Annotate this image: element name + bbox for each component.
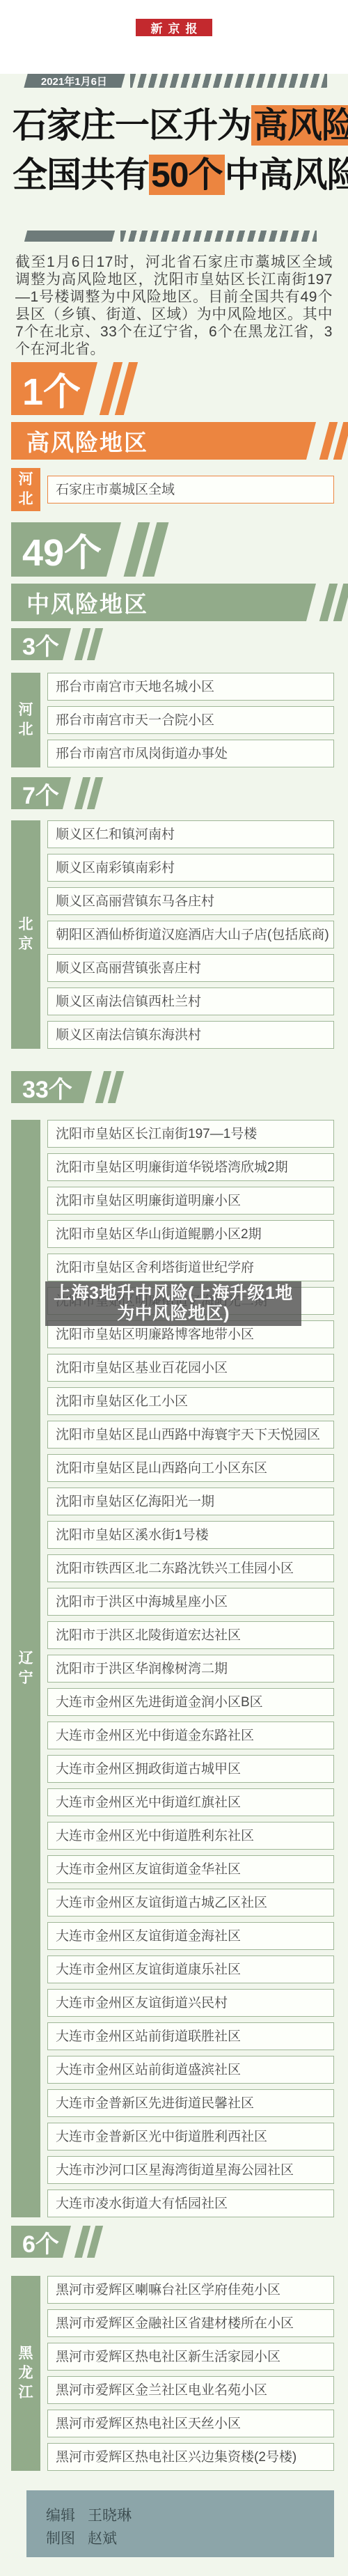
list-item: 大连市金普新区先进街道民馨社区 — [47, 2089, 334, 2117]
editor-name: 王晓琳 — [88, 2504, 132, 2527]
headline-line2-text-after: 中高风险地区 — [225, 155, 348, 194]
designer-name: 赵斌 — [88, 2527, 117, 2550]
banner-slashes-decoration — [314, 584, 348, 621]
list-item: 大连市凌水街道大有恬园社区 — [47, 2189, 334, 2217]
hebei-count-badge: 3个 — [11, 628, 348, 660]
date-text: 2021年1月6日 — [41, 74, 107, 88]
medium-risk-group-beijing: 北京 顺义区仁和镇河南村顺义区南彩镇南彩村顺义区高丽营镇东马各庄村朝阳区酒仙桥街… — [11, 820, 334, 1049]
heilongjiang-count-badge: 6个 — [11, 2226, 348, 2258]
list-item: 顺义区仁和镇河南村 — [47, 820, 334, 848]
headline-line2-text: 全国共有 — [13, 155, 149, 194]
medium-risk-count-text: 49个 — [11, 522, 121, 577]
high-risk-banner-text: 高风险地区 — [11, 422, 316, 460]
credit-editor: 编辑 王晓琳 — [46, 2504, 334, 2527]
medium-risk-banner: 中风险地区 — [11, 584, 348, 621]
medium-risk-count-badge: 49个 — [11, 522, 348, 577]
list-item: 大连市金州区友谊街道兴民村 — [47, 1989, 334, 2017]
province-label-text: 河北 — [17, 701, 34, 740]
list-item: 黑河市爱辉区热电社区天丝小区 — [47, 2410, 334, 2437]
list-item: 大连市金州区友谊街道古城乙区社区 — [47, 1889, 334, 1917]
date-bar: 2021年1月6日 — [26, 74, 327, 88]
badge-slashes-decoration — [117, 522, 169, 577]
designer-label: 制图 — [46, 2527, 75, 2550]
province-label: 北京 — [11, 820, 40, 1049]
high-risk-count-text: 1个 — [11, 362, 97, 415]
list-item: 沈阳市皇姑区昆山西路向工小区东区 — [47, 1454, 334, 1482]
high-risk-count-badge: 1个 — [11, 362, 348, 415]
area-list: 黑河市爱辉区喇嘛台社区学府佳苑小区黑河市爱辉区金融社区省建材楼所在小区黑河市爱辉… — [47, 2276, 334, 2471]
intro-paragraph: 截至1月6日17时，河北省石家庄市藁城区全域调整为高风险地区，沈阳市皇姑区长江南… — [15, 253, 333, 358]
badge-slashes-decoration — [70, 628, 103, 660]
list-item: 沈阳市皇姑区明廉街道华锐塔湾欣城2期 — [47, 1153, 334, 1181]
list-item: 大连市金州区先进街道金润小区B区 — [47, 1688, 334, 1716]
list-item: 黑河市爱辉区金兰社区电业名苑小区 — [47, 2376, 334, 2404]
divider-bar — [26, 231, 317, 242]
divider-stripes-decoration — [120, 231, 317, 242]
list-item: 大连市金州区光中街道胜利东社区 — [47, 1822, 334, 1850]
headline-line2: 全国共有50个中高风险地区 — [13, 150, 338, 200]
area-list: 邢台市南宫市天地名城小区邢台市南宫市天一合院小区邢台市南宫市凤岗街道办事处 — [47, 673, 334, 767]
banner-slashes-decoration — [314, 422, 348, 460]
list-item: 大连市沙河口区星海湾街道星海公园社区 — [47, 2156, 334, 2184]
high-risk-group-hebei: 河北 石家庄市藁城区全域 — [11, 468, 334, 511]
list-item: 大连市金州区友谊街道康乐社区 — [47, 1956, 334, 1983]
liaoning-count-text: 33个 — [11, 1071, 92, 1103]
list-item: 大连市金州区光中街道金东路社区 — [47, 1722, 334, 1749]
masthead-band: 新京报 — [0, 0, 348, 74]
province-label-text: 辽宁 — [17, 1649, 34, 1688]
medium-risk-banner-text: 中风险地区 — [11, 584, 316, 621]
list-item: 邢台市南宫市天一合院小区 — [47, 706, 334, 734]
newspaper-logo: 新京报 — [136, 19, 212, 36]
medium-risk-group-liaoning: 辽宁 沈阳市皇姑区长江南街197—1号楼沈阳市皇姑区明廉街道华锐塔湾欣城2期沈阳… — [11, 1120, 334, 2217]
list-item: 顺义区高丽营镇张喜庄村 — [47, 954, 334, 982]
credit-designer: 制图 赵斌 — [46, 2527, 334, 2550]
badge-slashes-decoration — [70, 777, 103, 809]
province-label-text: 河北 — [17, 470, 34, 509]
list-item: 邢台市南宫市天地名城小区 — [47, 673, 334, 701]
video-subtitle-overlay: 上海3地升中风险(上海升级1地为中风险地区) — [45, 1281, 301, 1326]
list-item: 沈阳市皇姑区舍利塔街道世纪学府 — [47, 1254, 334, 1281]
editor-label: 编辑 — [46, 2504, 75, 2527]
headline-line1-text: 石家庄一区升为 — [13, 106, 251, 145]
list-item: 顺义区南法信镇西杜兰村 — [47, 988, 334, 1015]
list-item: 顺义区南法信镇东海洪村 — [47, 1021, 334, 1049]
medium-risk-group-hebei: 河北 邢台市南宫市天地名城小区邢台市南宫市天一合院小区邢台市南宫市凤岗街道办事处 — [11, 673, 334, 767]
divider-solid-block — [24, 231, 115, 242]
list-item: 大连市金州区友谊街道金华社区 — [47, 1855, 334, 1883]
headline-line2-highlight: 50个 — [149, 155, 225, 195]
list-item: 沈阳市于洪区北陵街道宏达社区 — [47, 1621, 334, 1649]
badge-slashes-decoration — [70, 2226, 103, 2258]
badge-slashes-decoration — [93, 362, 138, 415]
list-item: 沈阳市皇姑区明廉街道明廉小区 — [47, 1187, 334, 1215]
province-label: 黑龙江 — [11, 2276, 40, 2471]
list-item: 石家庄市藁城区全域 — [47, 476, 334, 504]
area-list: 石家庄市藁城区全域 — [47, 476, 334, 504]
medium-risk-group-heilongjiang: 黑龙江 黑河市爱辉区喇嘛台社区学府佳苑小区黑河市爱辉区金融社区省建材楼所在小区黑… — [11, 2276, 334, 2471]
list-item: 邢台市南宫市凤岗街道办事处 — [47, 740, 334, 767]
headline-line1-highlight: 高风险 — [251, 105, 348, 146]
list-item: 沈阳市于洪区中海城星座小区 — [47, 1588, 334, 1616]
date-stripes-decoration — [130, 74, 327, 88]
credits-footer: 编辑 王晓琳 制图 赵斌 — [26, 2490, 334, 2557]
province-label: 辽宁 — [11, 1120, 40, 2217]
headline: 石家庄一区升为高风险 全国共有50个中高风险地区 — [13, 101, 338, 200]
list-item: 沈阳市皇姑区长江南街197—1号楼 — [47, 1120, 334, 1148]
high-risk-banner: 高风险地区 — [11, 422, 348, 460]
list-item: 沈阳市铁西区北二东路沈铁兴工佳园小区 — [47, 1554, 334, 1582]
list-item: 沈阳市皇姑区溪水街1号楼 — [47, 1521, 334, 1549]
liaoning-count-badge: 33个 — [11, 1071, 348, 1103]
headline-line1: 石家庄一区升为高风险 — [13, 101, 338, 150]
list-item: 沈阳市皇姑区昆山西路中海寰宇天下天悦园区 — [47, 1421, 334, 1449]
list-item: 顺义区南彩镇南彩村 — [47, 854, 334, 882]
list-item: 大连市金州区光中街道红旗社区 — [47, 1788, 334, 1816]
list-item: 沈阳市于洪区华润橡树湾二期 — [47, 1655, 334, 1683]
list-item: 大连市金州区站前街道盛滨社区 — [47, 2056, 334, 2084]
province-label: 河北 — [11, 468, 40, 511]
area-list: 顺义区仁和镇河南村顺义区南彩镇南彩村顺义区高丽营镇东马各庄村朝阳区酒仙桥街道汉庭… — [47, 820, 334, 1049]
province-label-text: 北京 — [17, 915, 34, 954]
province-label-text: 黑龙江 — [17, 2344, 34, 2403]
list-item: 黑河市爱辉区金融社区省建材楼所在小区 — [47, 2309, 334, 2337]
list-item: 朝阳区酒仙桥街道汉庭酒店大山子店(包括底商) — [47, 921, 334, 949]
list-item: 沈阳市皇姑区华山街道鲲鹏小区2期 — [47, 1220, 334, 1248]
date-chip: 2021年1月6日 — [24, 74, 125, 88]
list-item: 大连市金州区友谊街道金海社区 — [47, 1922, 334, 1950]
list-item: 黑河市爱辉区热电社区新生活家园小区 — [47, 2343, 334, 2371]
list-item: 大连市金州区拥政街道古城甲区 — [47, 1755, 334, 1783]
list-item: 大连市金普新区光中街道胜利西社区 — [47, 2123, 334, 2150]
list-item: 沈阳市皇姑区亿海阳光一期 — [47, 1488, 334, 1515]
badge-slashes-decoration — [90, 1071, 124, 1103]
list-item: 黑河市爱辉区热电社区兴边集资楼(2号楼) — [47, 2443, 334, 2471]
province-label: 河北 — [11, 673, 40, 767]
list-item: 沈阳市皇姑区化工小区 — [47, 1387, 334, 1415]
beijing-count-text: 7个 — [11, 777, 71, 809]
beijing-count-badge: 7个 — [11, 777, 348, 809]
list-item: 大连市金州区站前街道联胜社区 — [47, 2022, 334, 2050]
list-item: 顺义区高丽营镇东马各庄村 — [47, 887, 334, 915]
heilongjiang-count-text: 6个 — [11, 2226, 71, 2258]
list-item: 黑河市爱辉区喇嘛台社区学府佳苑小区 — [47, 2276, 334, 2304]
list-item: 沈阳市皇姑区基业百花园小区 — [47, 1354, 334, 1382]
hebei-count-text: 3个 — [11, 628, 71, 660]
